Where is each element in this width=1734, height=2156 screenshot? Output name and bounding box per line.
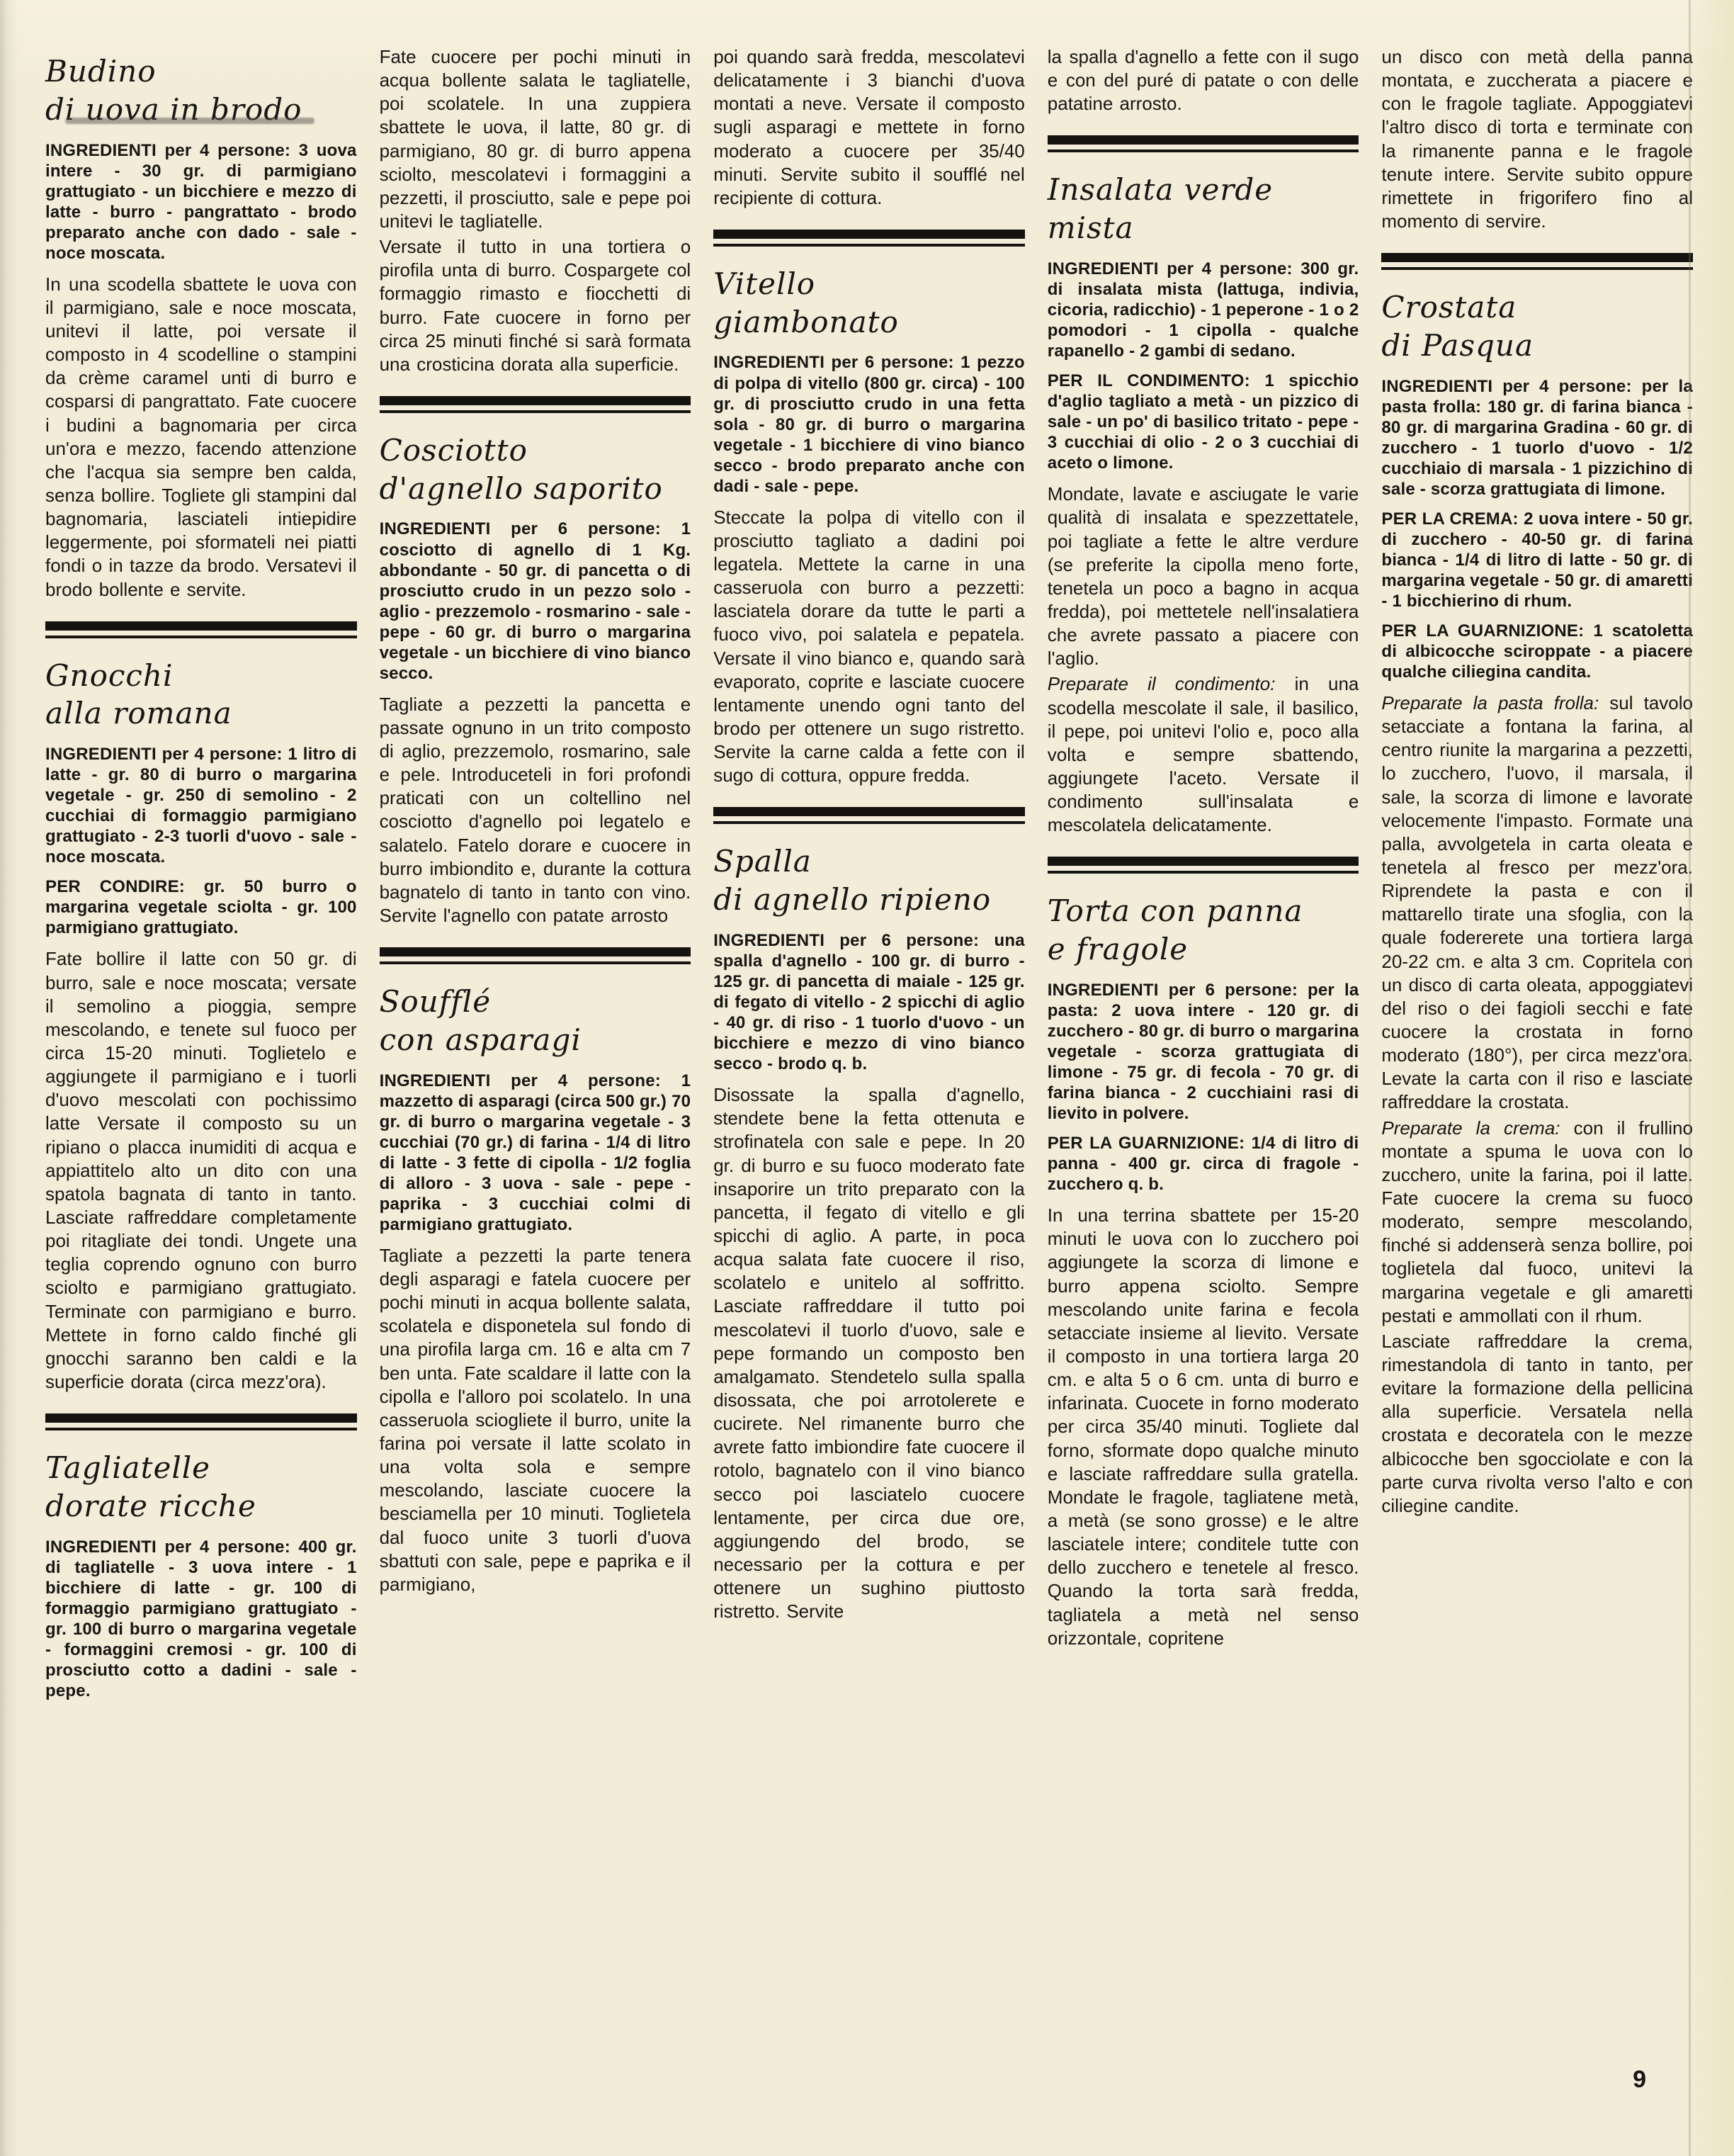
body-paragraph: Lasciate raffreddare la crema, rimestand… — [1381, 1330, 1693, 1518]
recipe-title: Torta con pannae fragole — [1048, 892, 1359, 969]
divider-thin-rule — [380, 961, 691, 964]
magazine-page: Budinodi uova in brodoINGREDIENTI per 4 … — [0, 0, 1734, 2156]
body-paragraph: poi quando sarà fredda, mescolatevi deli… — [713, 45, 1025, 210]
ingredients-paragraph: INGREDIENTI per 6 persone: una spalla d'… — [713, 930, 1025, 1074]
body-paragraph: In una scodella sbattete le uova con il … — [45, 273, 357, 602]
ingredients-paragraph: PER IL CONDIMENTO: 1 spicchio d'aglio ta… — [1048, 371, 1359, 473]
section-divider — [1381, 253, 1693, 270]
ingredients-paragraph: INGREDIENTI per 4 persone: 300 gr. di in… — [1048, 259, 1359, 361]
section-divider — [45, 621, 357, 638]
ink-smudge-artifact — [65, 118, 314, 124]
recipe-title-line: alla romana — [45, 694, 357, 733]
body-paragraph: Versate il tutto in una tortiera o pirof… — [380, 235, 691, 376]
recipe-title-line: Vitello — [713, 265, 1025, 303]
divider-thin-rule — [45, 636, 357, 638]
body-paragraph: Fate bollire il latte con 50 gr. di burr… — [45, 947, 357, 1394]
body-paragraph: Preparate la pasta frolla: sul tavolo se… — [1381, 692, 1693, 1114]
divider-thick-bar — [713, 807, 1025, 816]
divider-thin-rule — [1048, 871, 1359, 874]
recipe-title: Soufflécon asparagi — [380, 983, 691, 1059]
divider-thick-bar — [1381, 253, 1693, 262]
body-paragraph: Disossate la spalla d'agnello, stendete … — [713, 1083, 1025, 1623]
divider-thick-bar — [1048, 857, 1359, 866]
recipe-title-line: d'agnello saporito — [380, 470, 691, 508]
ingredients-paragraph: PER LA GUARNIZIONE: 1 scatoletta di albi… — [1381, 621, 1693, 682]
divider-thick-bar — [380, 396, 691, 405]
divider-thin-rule — [713, 821, 1025, 824]
page-number: 9 — [1633, 2066, 1646, 2094]
recipe-columns: Budinodi uova in brodoINGREDIENTI per 4 … — [45, 45, 1693, 1710]
body-paragraph: Preparate il condimento: in una scodella… — [1048, 672, 1359, 837]
divider-thick-bar — [45, 1413, 357, 1423]
body-paragraph: Fate cuocere per pochi minuti in acqua b… — [380, 45, 691, 233]
section-divider — [380, 947, 691, 964]
body-paragraph: Tagliate a pezzetti la parte tenera degl… — [380, 1244, 691, 1596]
divider-thin-rule — [1048, 149, 1359, 152]
section-divider — [1048, 857, 1359, 874]
body-paragraph: Tagliate a pezzetti la pancetta e passat… — [380, 693, 691, 927]
recipe-title-line: Cosciotto — [380, 431, 691, 470]
body-paragraph: Mondate, lavate e asciugate le varie qua… — [1048, 482, 1359, 670]
ingredients-paragraph: INGREDIENTI per 4 persone: 400 gr. di ta… — [45, 1537, 357, 1701]
paper-crease-artifact — [1689, 0, 1691, 2156]
section-divider — [713, 807, 1025, 824]
ingredients-paragraph: INGREDIENTI per 4 persone: 1 mazzetto di… — [380, 1071, 691, 1235]
recipe-title-line: Tagliatelle — [45, 1449, 357, 1487]
section-divider — [713, 230, 1025, 247]
ingredients-paragraph: PER LA GUARNIZIONE: 1/4 di litro di pann… — [1048, 1133, 1359, 1195]
ingredients-paragraph: PER CONDIRE: gr. 50 burro o margarina ve… — [45, 876, 357, 938]
ingredients-paragraph: PER LA CREMA: 2 uova intere - 50 gr. di … — [1381, 509, 1693, 611]
recipe-title: Cosciottod'agnello saporito — [380, 431, 691, 508]
divider-thick-bar — [1048, 135, 1359, 145]
section-divider — [380, 396, 691, 413]
recipe-title-line: Gnocchi — [45, 657, 357, 695]
recipe-title-line: Budino — [45, 52, 357, 91]
divider-thin-rule — [380, 410, 691, 413]
divider-thin-rule — [713, 244, 1025, 247]
recipe-title-line: Torta con panna — [1048, 892, 1359, 930]
body-paragraph: In una terrina sbattete per 15-20 minuti… — [1048, 1204, 1359, 1650]
body-paragraph: un disco con metà della panna montata, e… — [1381, 45, 1693, 233]
recipe-title-line: e fragole — [1048, 930, 1359, 969]
divider-thick-bar — [380, 947, 691, 956]
body-paragraph: la spalla d'agnello a fette con il sugo … — [1048, 45, 1359, 115]
recipe-title-line: mista — [1048, 209, 1359, 247]
recipe-title-line: dorate ricche — [45, 1487, 357, 1525]
recipe-title: Gnocchialla romana — [45, 657, 357, 733]
recipe-title-line: di agnello ripieno — [713, 881, 1025, 919]
recipe-title: Vitellogiambonato — [713, 265, 1025, 342]
body-paragraph: Preparate la crema: con il frullino mont… — [1381, 1117, 1693, 1328]
italic-lead: Preparate il condimento: — [1048, 673, 1295, 694]
recipe-title-line: giambonato — [713, 303, 1025, 342]
recipe-title-line: di Pasqua — [1381, 327, 1693, 365]
ingredients-paragraph: INGREDIENTI per 4 persone: per la pasta … — [1381, 376, 1693, 500]
recipe-title-line: Insalata verde — [1048, 171, 1359, 209]
text-column-1: Budinodi uova in brodoINGREDIENTI per 4 … — [45, 45, 357, 1710]
ingredients-paragraph: INGREDIENTI per 6 persone: 1 pezzo di po… — [713, 352, 1025, 496]
recipe-title-line: Spalla — [713, 842, 1025, 881]
ingredients-paragraph: INGREDIENTI per 6 persone: 1 cosciotto d… — [380, 519, 691, 683]
italic-lead: Preparate la crema: — [1381, 1117, 1573, 1139]
text-column-4: la spalla d'agnello a fette con il sugo … — [1048, 45, 1359, 1652]
recipe-title: Spalladi agnello ripieno — [713, 842, 1025, 919]
recipe-title-line: con asparagi — [380, 1021, 691, 1059]
recipe-title-line: Soufflé — [380, 983, 691, 1021]
recipe-title: Insalata verdemista — [1048, 171, 1359, 247]
divider-thin-rule — [45, 1428, 357, 1430]
recipe-title: Crostatadi Pasqua — [1381, 288, 1693, 365]
divider-thick-bar — [713, 230, 1025, 239]
section-divider — [45, 1413, 357, 1430]
text-column-5: un disco con metà della panna montata, e… — [1381, 45, 1693, 1520]
ingredients-paragraph: INGREDIENTI per 4 persone: 1 litro di la… — [45, 744, 357, 867]
divider-thick-bar — [45, 621, 357, 631]
section-divider — [1048, 135, 1359, 152]
recipe-title-line: Crostata — [1381, 288, 1693, 327]
italic-lead: Preparate la pasta frolla: — [1381, 692, 1609, 713]
recipe-title: Tagliatelledorate ricche — [45, 1449, 357, 1525]
ingredients-paragraph: INGREDIENTI per 4 persone: 3 uova intere… — [45, 140, 357, 264]
text-column-2: Fate cuocere per pochi minuti in acqua b… — [380, 45, 691, 1598]
body-paragraph: Steccate la polpa di vitello con il pros… — [713, 506, 1025, 788]
ingredients-paragraph: INGREDIENTI per 6 persone: per la pasta:… — [1048, 980, 1359, 1124]
text-column-3: poi quando sarà fredda, mescolatevi deli… — [713, 45, 1025, 1625]
divider-thin-rule — [1381, 267, 1693, 270]
